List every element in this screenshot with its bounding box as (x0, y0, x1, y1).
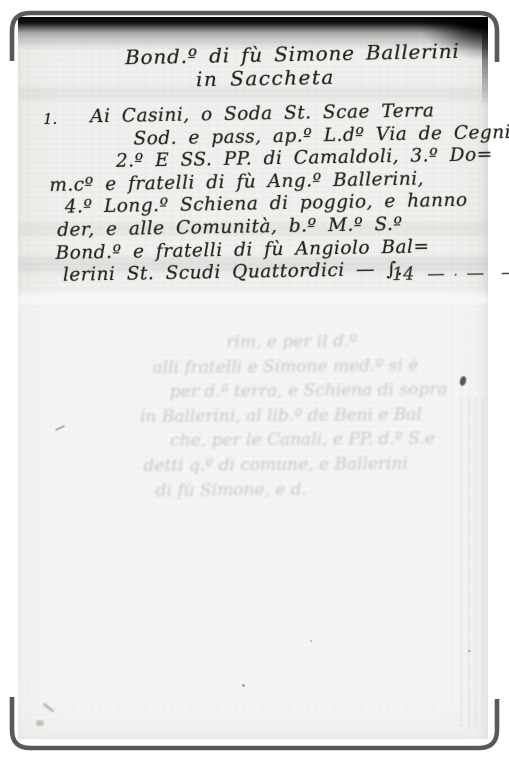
bleedthrough-line: detti q.º di comune, e Ballerini (143, 452, 448, 479)
document-title-line2: in Saccheta (196, 65, 335, 91)
verso-bleedthrough-block: rim, e per il d.º alli fratelli e Simone… (114, 329, 448, 504)
bleedthrough-line: alli fratelli e Simone med.º si è (152, 353, 447, 380)
dust-dot (468, 650, 471, 652)
amount-dash: — (427, 264, 445, 284)
bleedthrough-line: rim, e per il d.º (226, 329, 447, 356)
entry-text-block: Ai Casini, o Soda St. Scae Terra Sod. e … (48, 99, 509, 288)
amount-far-dash: — (501, 263, 509, 283)
scan-viewer-page: Bond.º di fù Simone Ballerini in Sacchet… (0, 0, 509, 760)
dust-dot (310, 640, 312, 642)
amount-dash: — (466, 263, 484, 283)
bleedthrough-line: per d.ª terra, e Schiena di sopra (170, 378, 448, 405)
bleedthrough-line: di fù Simone, e d. (156, 476, 449, 503)
paper-streaks (460, 397, 486, 727)
smudge (36, 720, 44, 726)
bleedthrough-line: in Ballerini, al lib.º de Beni e Bal (140, 402, 448, 429)
bleedthrough-line: che, per le Canali, e PP. d.º S.e (170, 427, 448, 454)
amount-dot: · (454, 268, 458, 282)
dust-dot (242, 684, 245, 687)
entry-amount-value: 14 (392, 265, 415, 285)
entry-amount-group: 14 — · — — (392, 263, 509, 285)
